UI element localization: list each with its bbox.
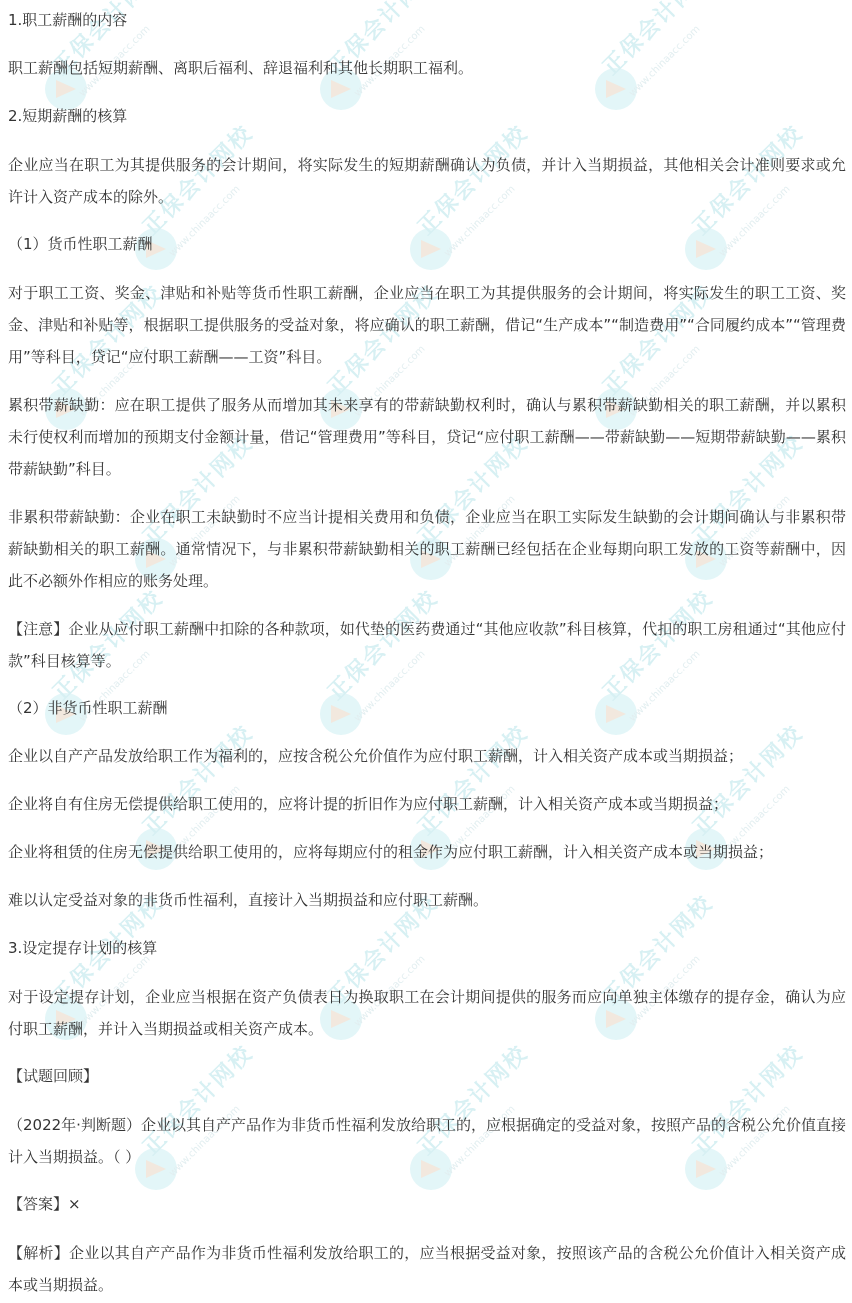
section-heading-1: 1.职工薪酬的内容 <box>8 4 846 36</box>
paragraph: 对于职工工资、奖金、津贴和补贴等货币性职工薪酬，企业应当在职工为其提供服务的会计… <box>8 277 846 373</box>
paragraph: 企业将租赁的住房无偿提供给职工使用的，应将每期应付的租金作为应付职工薪酬，计入相… <box>8 836 846 868</box>
note-paragraph: 【注意】企业从应付职工薪酬中扣除的各种款项，如代垫的医药费通过“其他应收款”科目… <box>8 613 846 677</box>
paragraph: 企业应当在职工为其提供服务的会计期间，将实际发生的短期薪酬确认为负债，并计入当期… <box>8 149 846 213</box>
paragraph: 职工薪酬包括短期薪酬、离职后福利、辞退福利和其他长期职工福利。 <box>8 52 846 84</box>
paragraph: 累积带薪缺勤：应在职工提供了服务从而增加其未来享有的带薪缺勤权利时，确认与累积带… <box>8 389 846 485</box>
watermark-brand: 正保会计网校 <box>135 717 259 841</box>
section-heading-2: 2.短期薪酬的核算 <box>8 100 846 132</box>
answer-label: 【答案】× <box>8 1188 846 1220</box>
watermark-brand: 正保会计网校 <box>410 717 534 841</box>
watermark-brand: 正保会计网校 <box>685 717 809 841</box>
paragraph: 难以认定受益对象的非货币性福利，直接计入当期损益和应付职工薪酬。 <box>8 884 846 916</box>
explanation-paragraph: 【解析】企业以其自产产品作为非货币性福利发放给职工的，应当根据受益对象，按照该产… <box>8 1237 846 1301</box>
exam-review-label: 【试题回顾】 <box>8 1060 846 1092</box>
subsection-heading-2: （2）非货币性职工薪酬 <box>8 692 846 724</box>
section-heading-3: 3.设定提存计划的核算 <box>8 932 846 964</box>
paragraph: 对于设定提存计划，企业应当根据在资产负债表日为换取职工在会计期间提供的服务而应向… <box>8 981 846 1045</box>
paragraph: 企业以自产产品发放给职工作为福利的，应按含税公允价值作为应付职工薪酬，计入相关资… <box>8 740 846 772</box>
paragraph: 企业将自有住房无偿提供给职工使用的，应将计提的折旧作为应付职工薪酬，计入相关资产… <box>8 788 846 820</box>
exam-question: （2022年·判断题）企业以其自产产品作为非货币性福利发放给职工的，应根据确定的… <box>8 1109 846 1173</box>
subsection-heading-1: （1）货币性职工薪酬 <box>8 228 846 260</box>
paragraph: 非累积带薪缺勤：企业在职工未缺勤时不应当计提相关费用和负债，企业应当在职工实际发… <box>8 501 846 597</box>
